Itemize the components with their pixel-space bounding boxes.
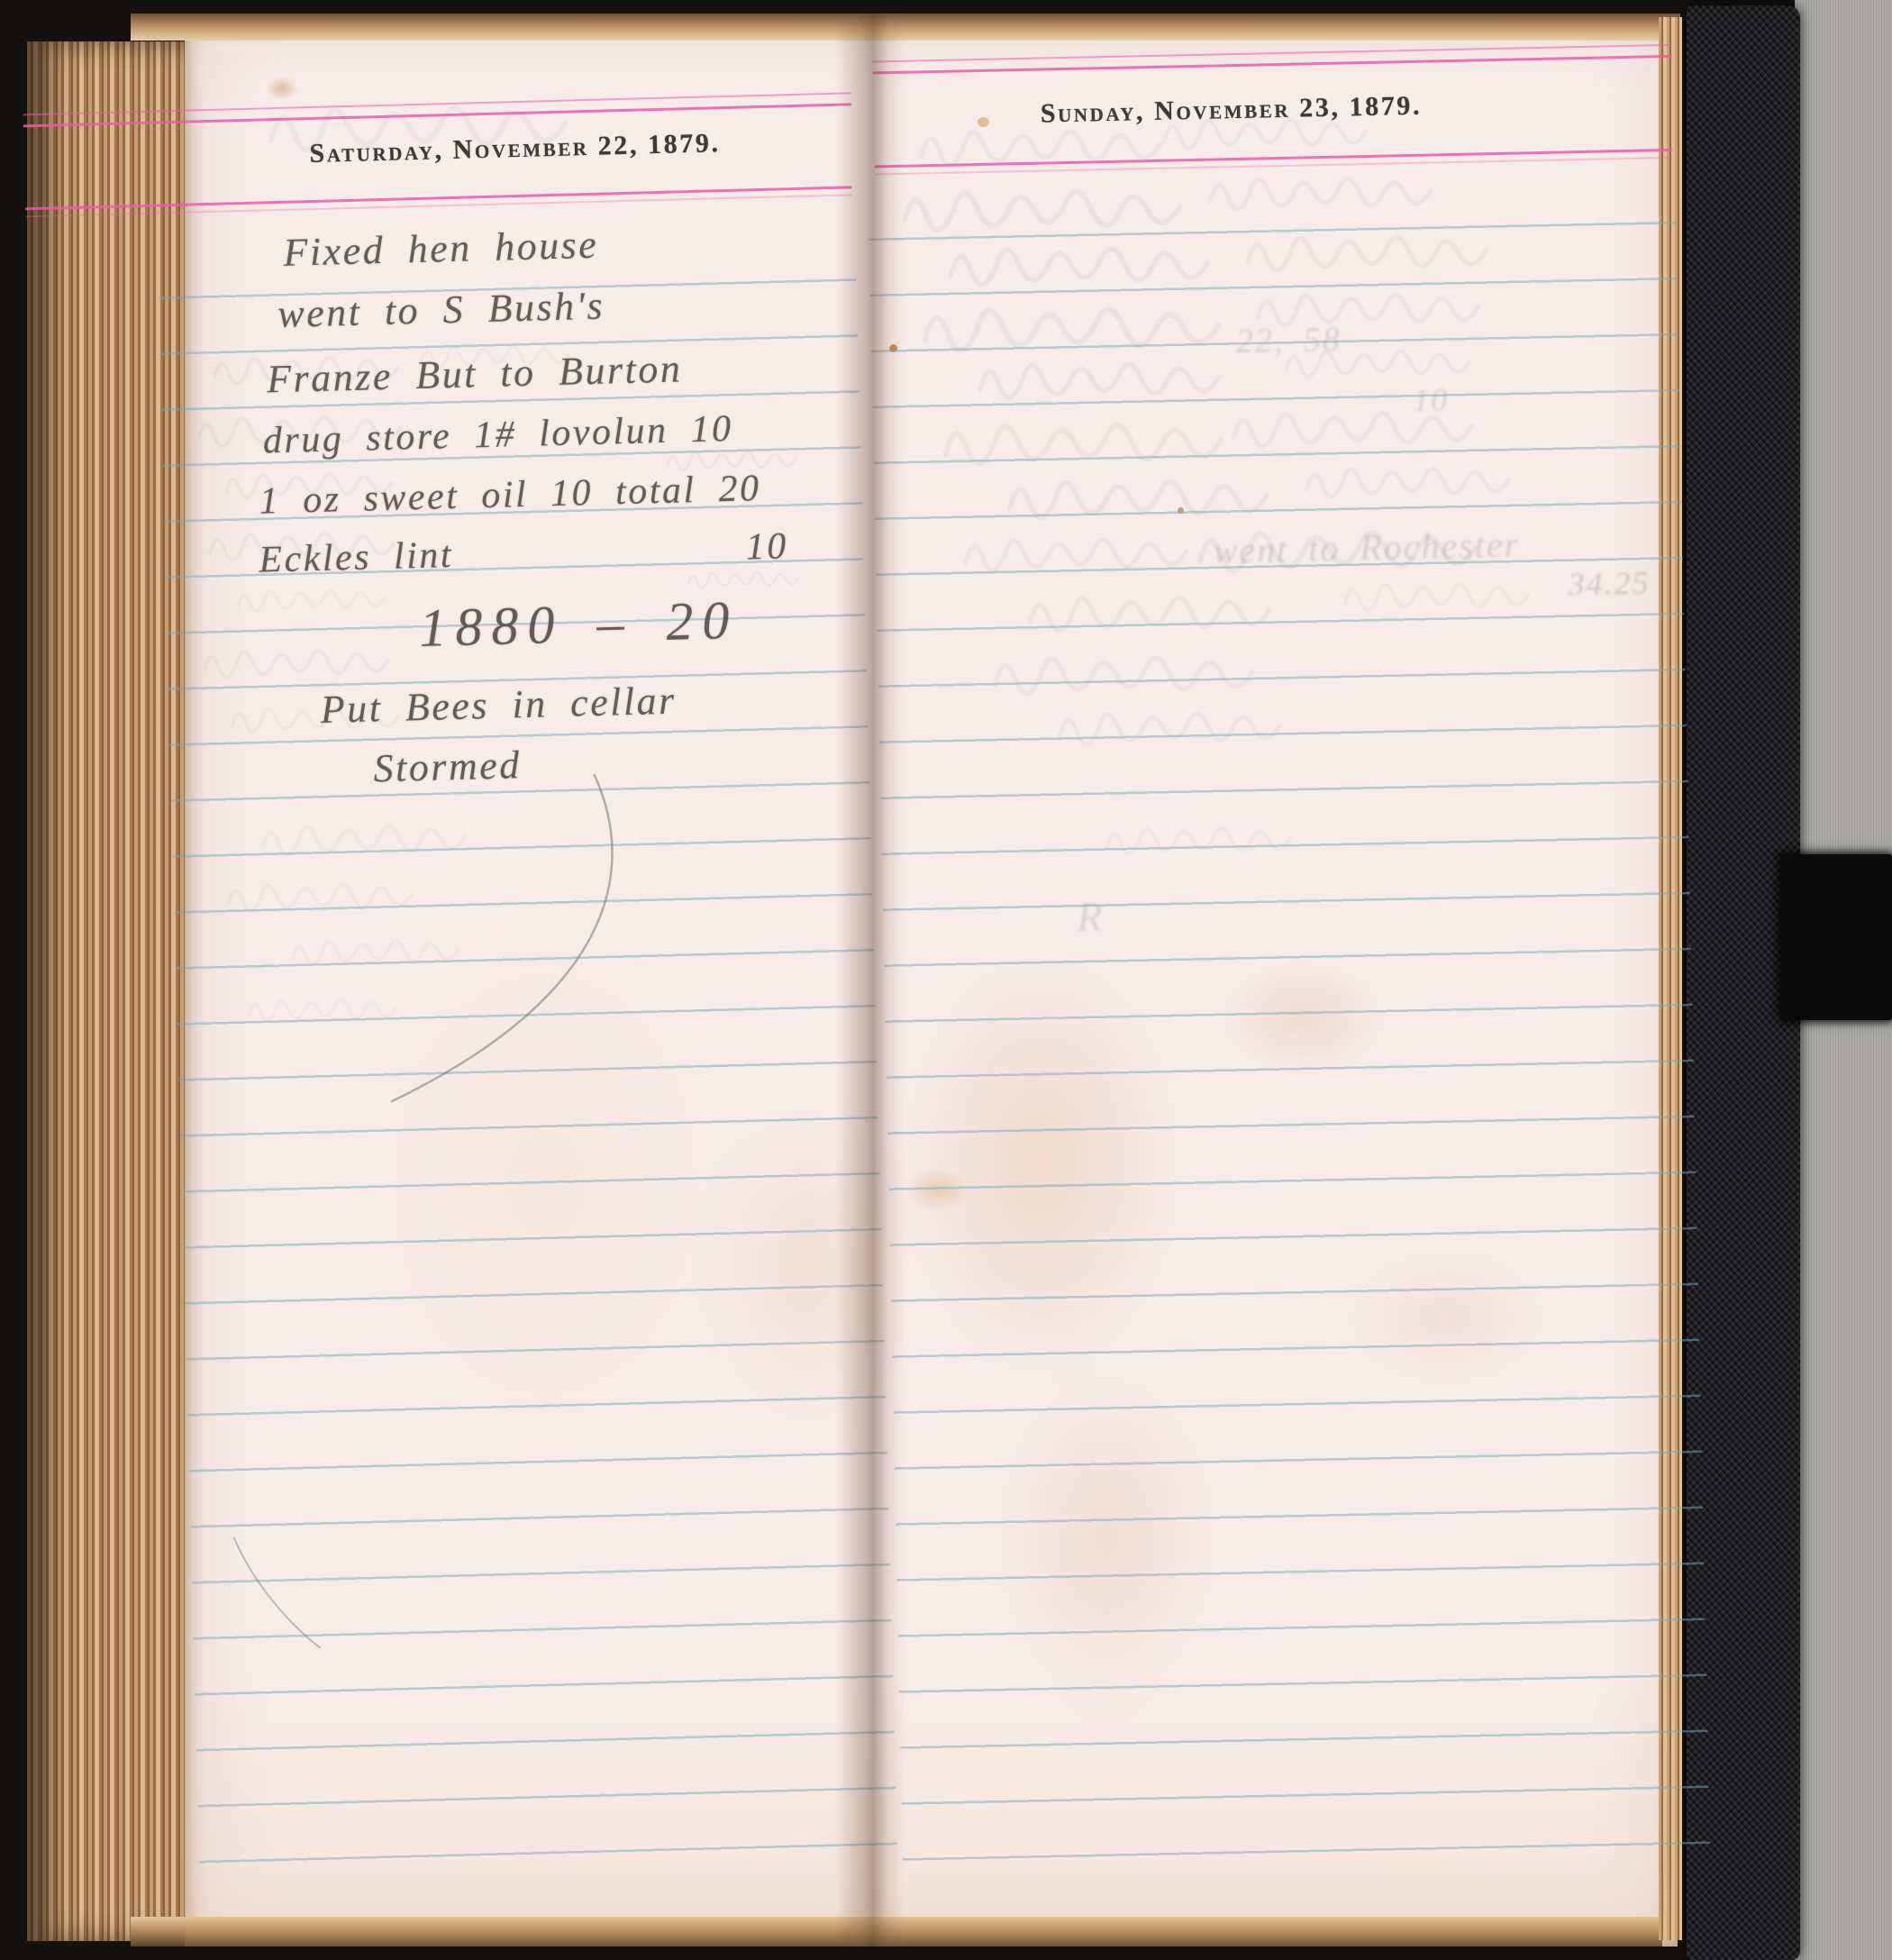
ruled-lines [868,169,1710,1879]
page-left-date-header: Saturday, November 22, 1879. [217,125,813,171]
bleed-through-scribbles [864,0,1715,1933]
handwriting-line: 1 oz sweet oil 10 total 20 [259,467,761,524]
handwriting-line: Fixed hen house [283,222,599,276]
faint-handwriting-fragment: 22, 58 [1235,320,1342,361]
handwriting-line: went to S Bush's [277,283,605,337]
gutter-shadow [835,14,905,1946]
stain [185,1672,1678,1946]
header-rule [872,44,1672,63]
page-edge-stack-left [27,41,198,1941]
faint-handwriting-fragment: R [1077,892,1105,941]
stain [905,1167,969,1212]
handwriting-line: Put Bees in cellar [320,678,677,733]
stain [888,930,1195,1399]
handwriting-figure: 1880 – 20 [419,589,740,660]
rust-speck [1178,507,1184,514]
page-edge-top [131,14,1680,41]
handwriting-line: Franze But to Burton [266,345,682,402]
stain [980,1349,1233,1728]
rust-speck [978,117,989,127]
book-closure-strap [1780,854,1892,1020]
handwriting-line: drug store 1# lovolun 10 [262,407,733,463]
stray-pencil-strokes [187,9,905,1928]
handwriting-line: Stormed [373,742,522,791]
handwriting-line: Eckles lint 10 [259,524,789,581]
faint-handwriting-fragment: 34.25 [1568,564,1651,604]
faint-handwriting-fragment: went to Rochester [1213,524,1521,572]
header-rule [875,149,1673,169]
stain [1329,1236,1563,1399]
header-rule-echo [875,157,1673,176]
stain [266,77,298,100]
diary-pages: Saturday, November 22, 1879. [185,14,1678,1946]
page-right: Sunday, November 23, 1879. [864,0,1715,1933]
page-left: Saturday, November 22, 1879. [187,9,905,1928]
stain [320,870,770,1500]
ruled-lines [157,225,898,1906]
page-right-date-header: Sunday, November 23, 1879. [938,88,1524,132]
page-edge-right [1659,17,1682,1940]
stain [1213,954,1393,1080]
faint-handwriting-fragment: 10 [1413,380,1450,419]
bleed-through-scribbles [187,9,905,1928]
header-rule [872,55,1672,75]
scanned-diary-spread: Saturday, November 22, 1879. [0,0,1892,1960]
